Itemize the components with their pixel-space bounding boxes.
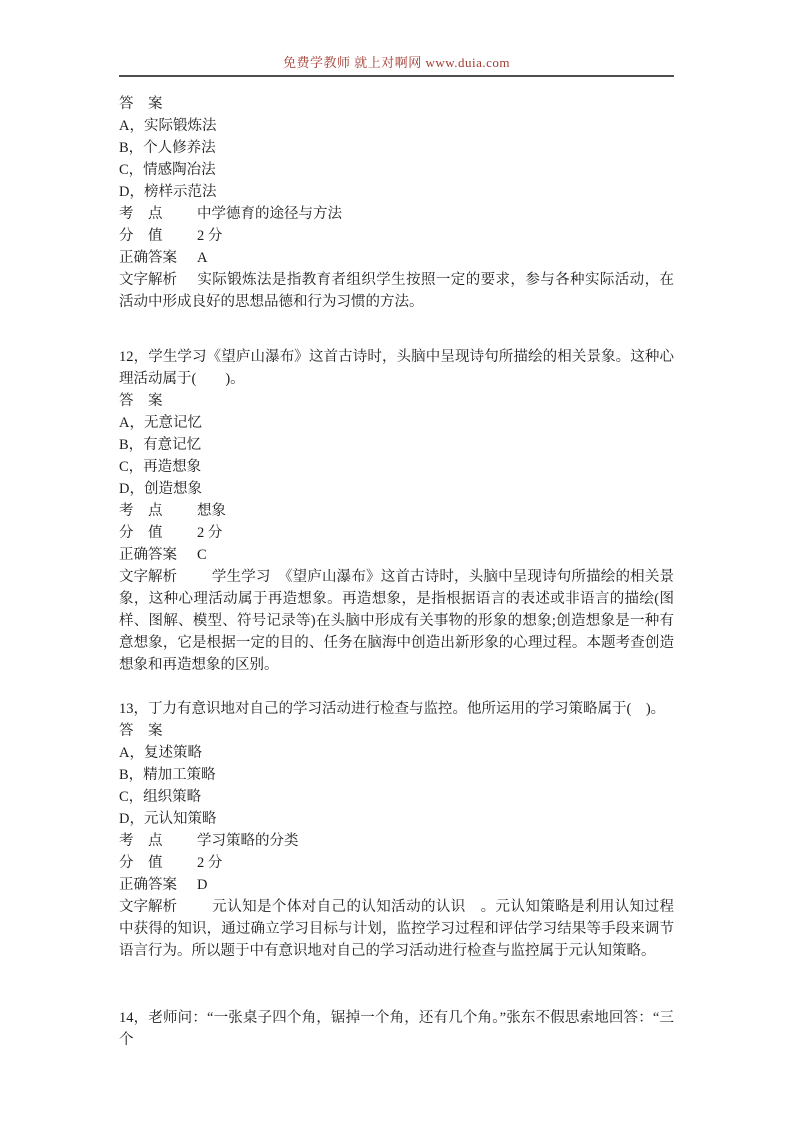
option-line-a: A，实际锻炼法 [119, 115, 674, 137]
exam-point-row: 考 点 想象 [119, 500, 674, 522]
exam-point-label: 考 点 [119, 203, 197, 225]
answer-header: 答 案 [119, 93, 674, 115]
score-value: 2 分 [197, 225, 222, 247]
option-line-d: D，榜样示范法 [119, 181, 674, 203]
score-label: 分 值 [119, 852, 197, 874]
exam-point-row: 考 点 学习策略的分类 [119, 830, 674, 852]
option-line-d: D，创造想象 [119, 478, 674, 500]
question-11-answer-block: 答 案 A，实际锻炼法 B，个人修养法 C，情感陶冶法 D，榜样示范法 考 点 … [119, 93, 674, 313]
correct-answer-label: 正确答案 [119, 874, 197, 896]
question-text: 14，老师问：“一张桌子四个角，锯掉一个角，还有几个角。”张东不假思索地回答：“… [119, 1007, 674, 1051]
option-line-b: B，精加工策略 [119, 764, 674, 786]
option-line-c: C，组织策略 [119, 786, 674, 808]
header-divider [119, 75, 674, 77]
analysis-label: 文字解析 [119, 566, 197, 588]
exam-point-label: 考 点 [119, 830, 197, 852]
question-14-block: 14，老师问：“一张桌子四个角，锯掉一个角，还有几个角。”张东不假思索地回答：“… [119, 1007, 674, 1051]
analysis-text: 学生学习 《望庐山瀑布》这首古诗时，头脑中呈现诗句所描绘的相关景象，这种心理活动… [119, 569, 674, 673]
header-brand-text: 免费学教师 就上对啊网 www.duia.com [119, 0, 674, 71]
option-line-c: C，情感陶冶法 [119, 159, 674, 181]
option-line-b: B，有意记忆 [119, 434, 674, 456]
exam-point-label: 考 点 [119, 500, 197, 522]
question-13-block: 13，丁力有意识地对自己的学习活动进行检查与监控。他所运用的学习策略属于( )。… [119, 698, 674, 962]
question-text: 12，学生学习《望庐山瀑布》这首古诗时，头脑中呈现诗句所描绘的相关景象。这种心理… [119, 346, 674, 390]
score-row: 分 值 2 分 [119, 522, 674, 544]
document-page: 免费学教师 就上对啊网 www.duia.com 答 案 A，实际锻炼法 B，个… [0, 0, 793, 1122]
score-value: 2 分 [197, 522, 222, 544]
analysis-text: 元认知是个体对自己的认知活动的认识 。元认知策略是利用认知过程中获得的知识，通过… [119, 899, 674, 959]
exam-point-value: 中学德育的途径与方法 [197, 203, 342, 225]
analysis-text: 实际锻炼法是指教育者组织学生按照一定的要求，参与各种实际活动，在活动中形成良好的… [119, 272, 674, 310]
analysis-label: 文字解析 [119, 269, 197, 291]
option-line-b: B，个人修养法 [119, 137, 674, 159]
correct-answer-value: C [197, 544, 207, 566]
exam-point-row: 考 点 中学德育的途径与方法 [119, 203, 674, 225]
question-text: 13，丁力有意识地对自己的学习活动进行检查与监控。他所运用的学习策略属于( )。 [119, 698, 674, 720]
correct-answer-value: A [197, 247, 207, 269]
correct-answer-label: 正确答案 [119, 544, 197, 566]
exam-point-value: 想象 [197, 500, 226, 522]
score-row: 分 值 2 分 [119, 852, 674, 874]
correct-answer-row: 正确答案 A [119, 247, 674, 269]
question-12-block: 12，学生学习《望庐山瀑布》这首古诗时，头脑中呈现诗句所描绘的相关景象。这种心理… [119, 346, 674, 676]
score-row: 分 值 2 分 [119, 225, 674, 247]
correct-answer-row: 正确答案 D [119, 874, 674, 896]
analysis-paragraph: 文字解析 元认知是个体对自己的认知活动的认识 。元认知策略是利用认知过程中获得的… [119, 896, 674, 962]
exam-point-value: 学习策略的分类 [197, 830, 299, 852]
score-label: 分 值 [119, 225, 197, 247]
correct-answer-row: 正确答案 C [119, 544, 674, 566]
score-value: 2 分 [197, 852, 222, 874]
analysis-label: 文字解析 [119, 896, 197, 918]
option-line-a: A，复述策略 [119, 742, 674, 764]
answer-header: 答 案 [119, 720, 674, 742]
analysis-paragraph: 文字解析实际锻炼法是指教育者组织学生按照一定的要求，参与各种实际活动，在活动中形… [119, 269, 674, 313]
score-label: 分 值 [119, 522, 197, 544]
answer-header: 答 案 [119, 390, 674, 412]
option-line-a: A，无意记忆 [119, 412, 674, 434]
document-content: 答 案 A，实际锻炼法 B，个人修养法 C，情感陶冶法 D，榜样示范法 考 点 … [119, 93, 674, 1051]
correct-answer-label: 正确答案 [119, 247, 197, 269]
option-line-d: D，元认知策略 [119, 808, 674, 830]
correct-answer-value: D [197, 874, 207, 896]
analysis-paragraph: 文字解析 学生学习 《望庐山瀑布》这首古诗时，头脑中呈现诗句所描绘的相关景象，这… [119, 566, 674, 676]
option-line-c: C，再造想象 [119, 456, 674, 478]
